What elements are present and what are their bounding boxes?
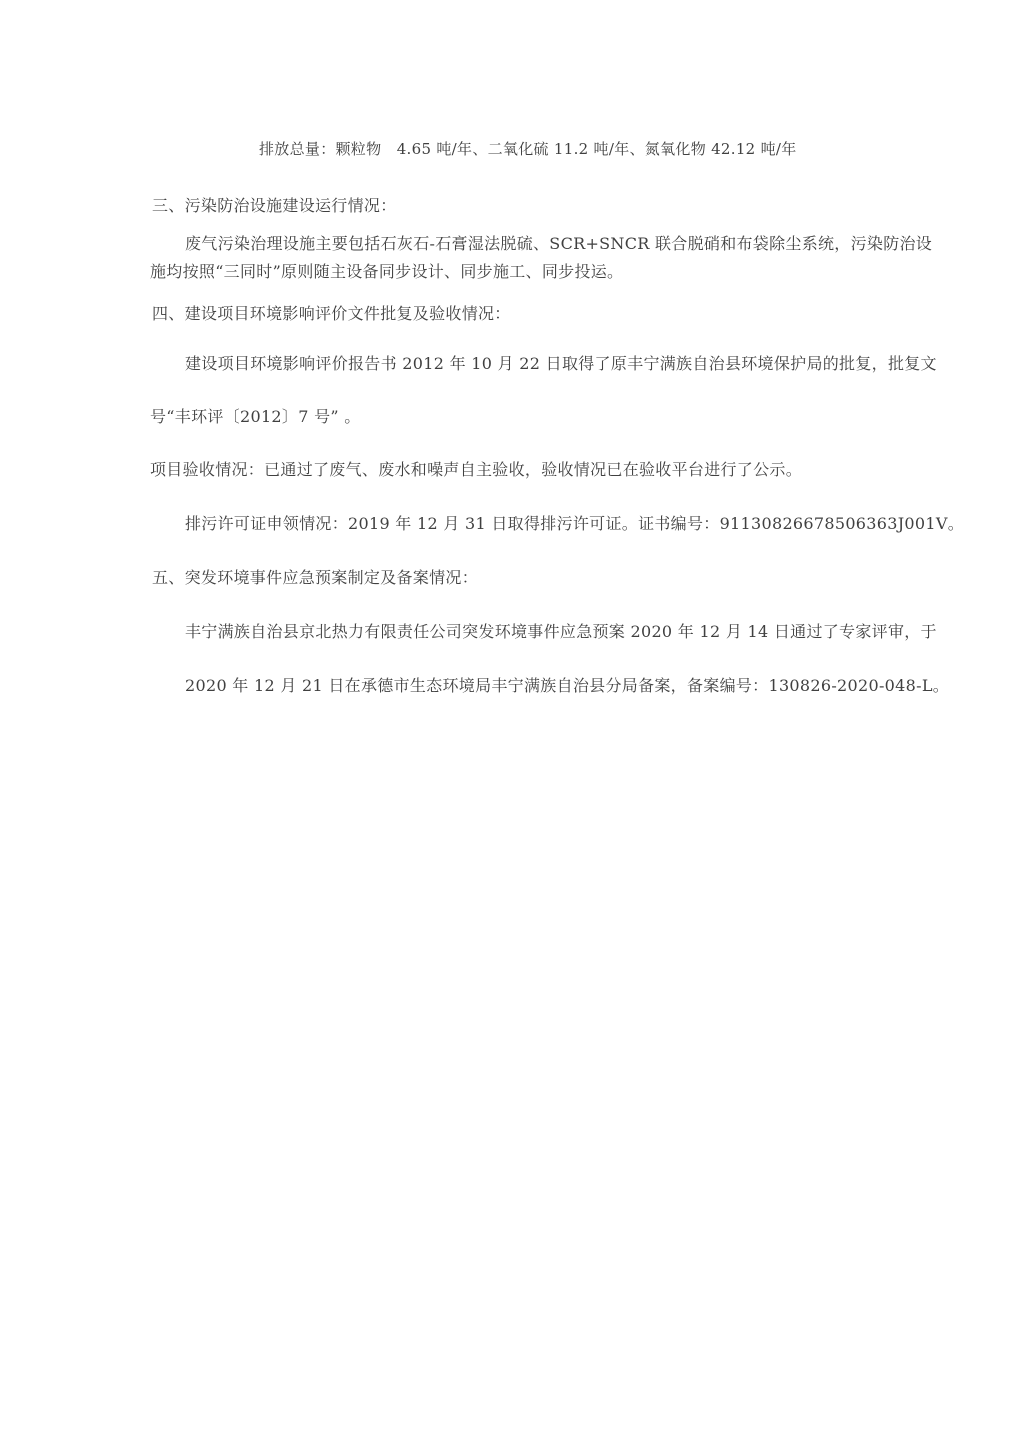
section-5-heading: 五、突发环境事件应急预案制定及备案情况： bbox=[152, 567, 478, 589]
section-3-heading: 三、污染防治设施建设运行情况： bbox=[152, 195, 397, 217]
section-4-heading: 四、建设项目环境影响评价文件批复及验收情况： bbox=[152, 303, 511, 325]
total-emissions-line: 排放总量：颗粒物 4.65 吨/年、二氧化硫 11.2 吨/年、氮氧化物 42.… bbox=[259, 138, 797, 160]
section-4-permit-paragraph: 排污许可证申领情况：2019 年 12 月 31 日取得排污许可证。证书编号：9… bbox=[185, 513, 964, 535]
section-5-paragraph-line-1: 丰宁满族自治县京北热力有限责任公司突发环境事件应急预案 2020 年 12 月 … bbox=[185, 621, 937, 643]
section-3-paragraph-line-2: 施均按照“三同时”原则随主设备同步设计、同步施工、同步投运。 bbox=[150, 261, 623, 283]
section-5-paragraph-line-2: 2020 年 12 月 21 日在承德市生态环境局丰宁满族自治县分局备案，备案编… bbox=[185, 675, 949, 697]
section-4-acceptance-paragraph: 项目验收情况：已通过了废气、废水和噪声自主验收，验收情况已在验收平台进行了公示。 bbox=[150, 459, 802, 481]
section-4-paragraph-1-line-1: 建设项目环境影响评价报告书 2012 年 10 月 22 日取得了原丰宁满族自治… bbox=[185, 353, 937, 375]
document-page: 排放总量：颗粒物 4.65 吨/年、二氧化硫 11.2 吨/年、氮氧化物 42.… bbox=[0, 0, 1016, 1437]
section-4-paragraph-1-line-2: 号“丰环评〔2012〕7 号” 。 bbox=[150, 406, 361, 428]
section-3-paragraph-line-1: 废气污染治理设施主要包括石灰石-石膏湿法脱硫、SCR+SNCR 联合脱硝和布袋除… bbox=[185, 233, 932, 255]
